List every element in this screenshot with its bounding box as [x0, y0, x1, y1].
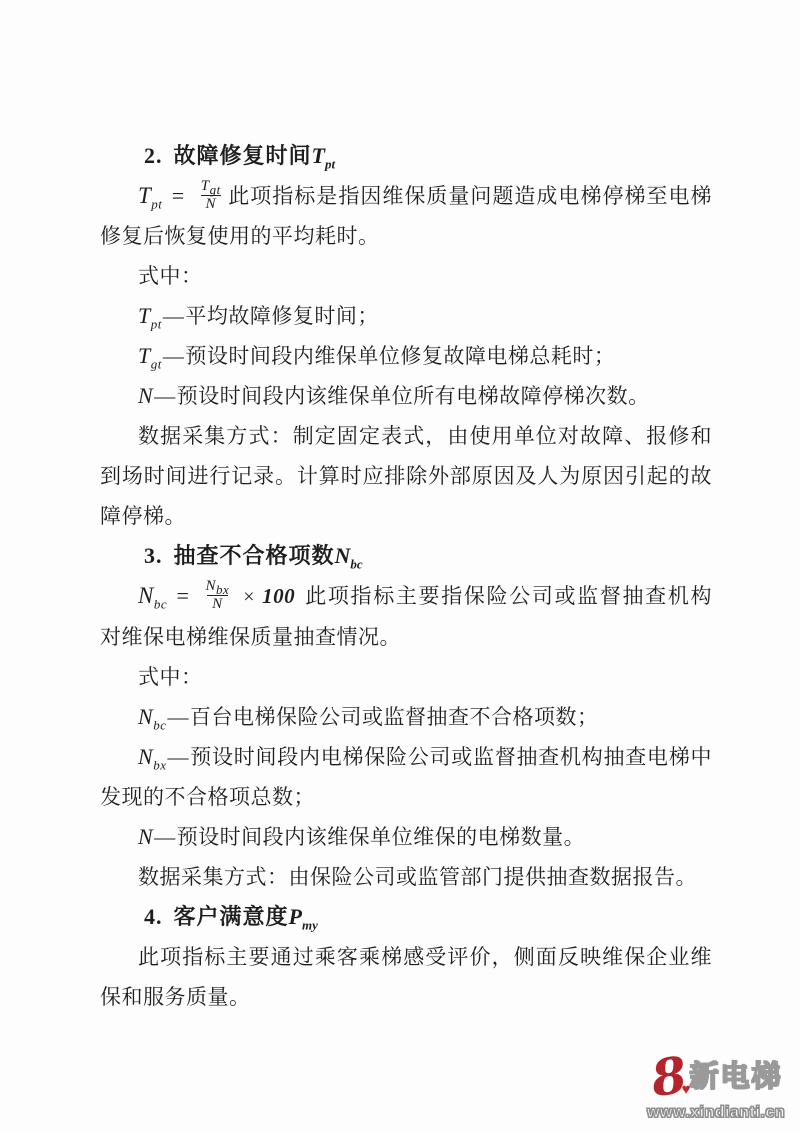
heading-title: 抽查不合格项数	[174, 543, 335, 568]
logo-top-row: 8♥ 新电梯	[637, 1051, 795, 1103]
formula-lhs: Tpt	[138, 183, 162, 208]
definition-item: Nbc—百台电梯保险公司或监督抽查不合格项数；	[100, 697, 712, 737]
where-label: 式中：	[100, 256, 712, 296]
section-3-intro-paragraph: Nbc=NbxN×100此项指标主要指保险公司或监督抽查机构对维保电梯维保质量抽…	[100, 576, 712, 657]
definition-variable: Nbc	[138, 704, 166, 729]
definition-item: N—预设时间段内该维保单位所有电梯故障停梯次数。	[100, 376, 712, 416]
where-label: 式中：	[100, 657, 712, 697]
em-dash: —	[163, 344, 185, 368]
heading-variable: Pmy	[289, 904, 318, 929]
section-spot-check-failures: 3.抽查不合格项数Nbc Nbc=NbxN×100此项指标主要指保险公司或监督抽…	[100, 536, 712, 897]
definition-item: N—预设时间段内该维保单位维保的电梯数量。	[100, 817, 712, 857]
definition-text: 平均故障修复时间；	[185, 304, 379, 328]
fraction: NbxN	[200, 578, 234, 613]
definition-item: Nbx—预设时间段内电梯保险公司或监督抽查机构抽查电梯中发现的不合格项总数；	[100, 737, 712, 817]
data-collection-paragraph: 数据采集方式：制定固定表式，由使用单位对故障、报修和到场时间进行记录。计算时应排…	[100, 416, 712, 536]
fraction: TgtN	[196, 178, 226, 213]
definition-variable: Tpt	[138, 303, 162, 328]
em-dash: —	[167, 705, 189, 729]
definition-text: 预设时间段内维保单位修复故障电梯总耗时；	[185, 344, 615, 368]
formula-factor: 100	[262, 584, 295, 608]
section-3-heading: 3.抽查不合格项数Nbc	[100, 536, 712, 576]
em-dash: —	[163, 304, 185, 328]
definition-item: Tgt—预设时间段内维保单位修复故障电梯总耗时；	[100, 336, 712, 376]
definition-item: Tpt—平均故障修复时间；	[100, 296, 712, 336]
heading-number: 4.	[144, 904, 163, 929]
formula-nbc: Nbc=NbxN×100	[138, 584, 304, 608]
document-page: 2.故障修复时间Tpt Tpt=TgtN此项指标是指因维保质量问题造成电梯停梯至…	[0, 0, 800, 1131]
definition-variable: N	[138, 824, 153, 849]
definition-text: 预设时间段内电梯保险公司或监督抽查机构抽查电梯中发现的不合格项总数；	[100, 745, 712, 809]
heart-icon: ♥	[682, 1082, 691, 1097]
definition-variable: Tgt	[138, 343, 162, 368]
section-2-intro-paragraph: Tpt=TgtN此项指标是指因维保质量问题造成电梯停梯至电梯修复后恢复使用的平均…	[100, 176, 712, 256]
definition-text: 预设时间段内该维保单位所有电梯故障停梯次数。	[177, 384, 650, 408]
em-dash: —	[154, 825, 176, 849]
heading-number: 2.	[144, 143, 163, 168]
logo-8-heart-icon: 8♥	[649, 1051, 689, 1103]
section-fault-repair-time: 2.故障修复时间Tpt Tpt=TgtN此项指标是指因维保质量问题造成电梯停梯至…	[100, 136, 712, 536]
section-4-heading: 4.客户满意度Pmy	[100, 897, 712, 937]
definition-text: 预设时间段内该维保单位维保的电梯数量。	[177, 825, 586, 849]
equals-sign: =	[170, 183, 185, 208]
definition-variable: Nbx	[138, 744, 166, 769]
fraction-numerator: Nbx	[200, 578, 234, 595]
data-collection-paragraph: 数据采集方式：由保险公司或监管部门提供抽查数据报告。	[100, 857, 712, 897]
heading-variable: Nbc	[335, 543, 363, 568]
heading-title: 故障修复时间	[174, 143, 312, 168]
formula-tpt: Tpt=TgtN	[138, 184, 228, 208]
heading-variable: Tpt	[312, 143, 336, 168]
xindianti-watermark: 8♥ 新电梯 www.xindianti.cn	[637, 1051, 795, 1121]
section-customer-satisfaction: 4.客户满意度Pmy 此项指标主要通过乘客乘梯感受评价，侧面反映维保企业维保和服…	[100, 897, 712, 1017]
fraction-denominator: N	[207, 595, 228, 613]
em-dash: —	[167, 745, 189, 769]
section-4-body-paragraph: 此项指标主要通过乘客乘梯感受评价，侧面反映维保企业维保和服务质量。	[100, 937, 712, 1017]
em-dash: —	[154, 384, 176, 408]
definition-text: 百台电梯保险公司或监督抽查不合格项数；	[190, 705, 599, 729]
equals-sign: =	[175, 583, 190, 608]
fraction-numerator: Tgt	[196, 178, 226, 195]
section-2-heading: 2.故障修复时间Tpt	[100, 136, 712, 176]
definition-variable: N	[138, 383, 153, 408]
fraction-denominator: N	[201, 195, 222, 213]
heading-title: 客户满意度	[174, 904, 289, 929]
logo-brand-text: 新电梯	[689, 1063, 782, 1092]
formula-lhs: Nbc	[138, 583, 167, 608]
multiply-sign: ×	[243, 586, 255, 608]
heading-number: 3.	[144, 543, 163, 568]
